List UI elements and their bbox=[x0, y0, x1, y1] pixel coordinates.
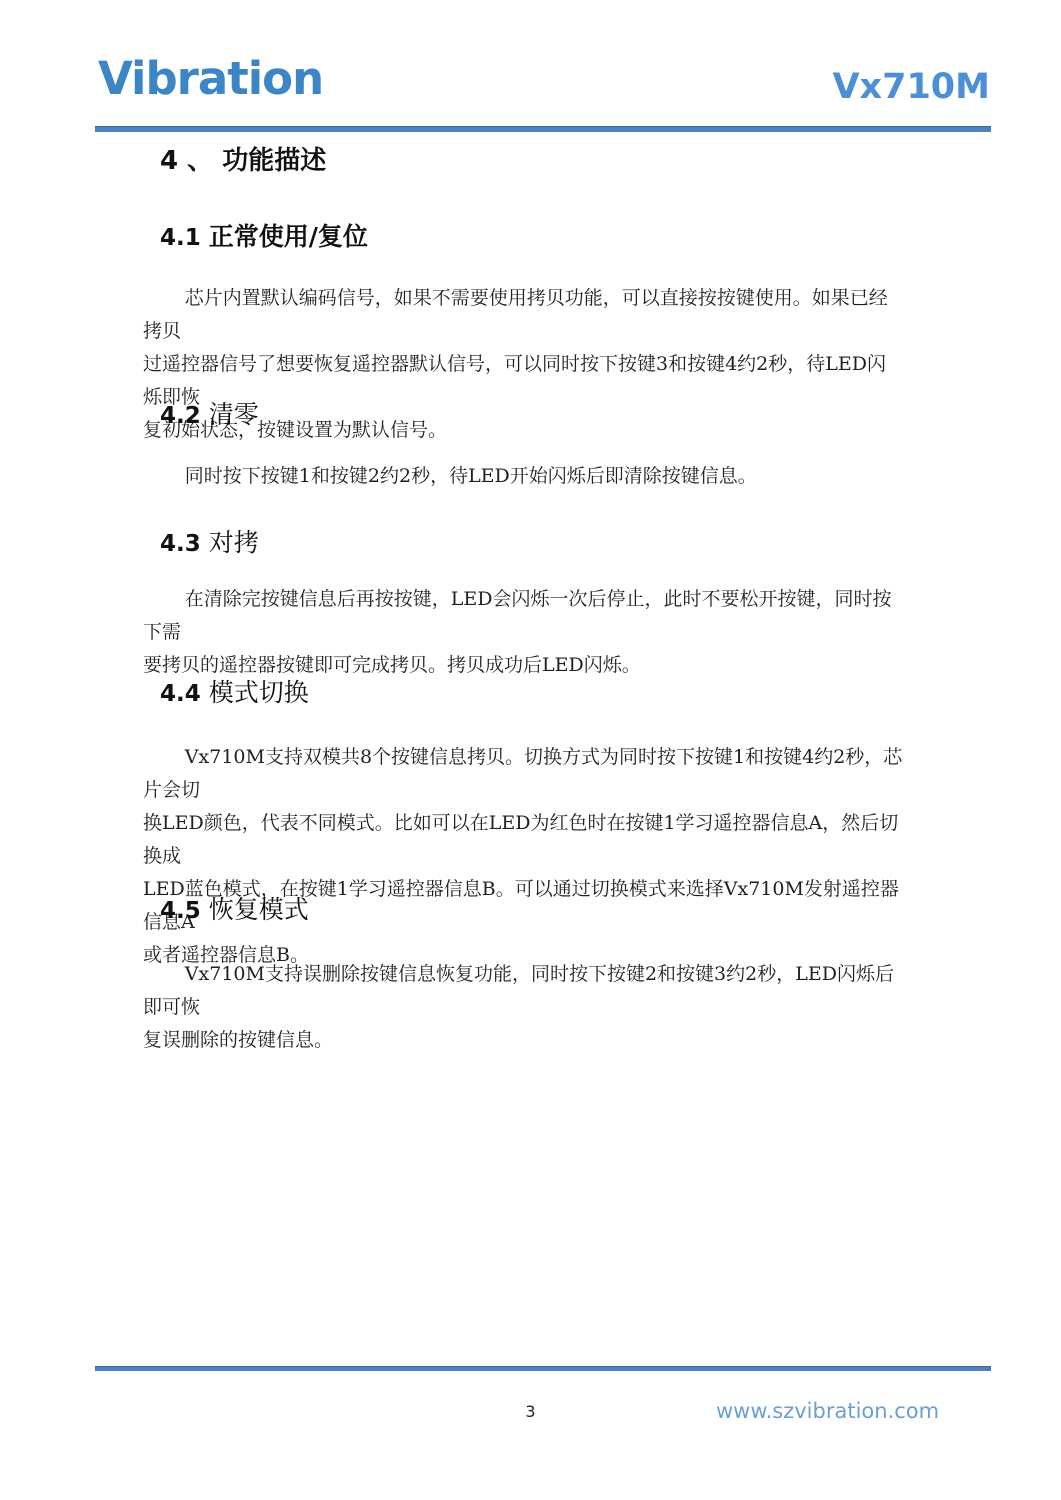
section-body-mode-switch: Vx710M支持双模共8个按键信息拷贝。切换方式为同时按下按键1和按键4约2秒，… bbox=[143, 741, 903, 972]
section-number: 4.3 bbox=[160, 531, 201, 557]
brand-logo: Vibration bbox=[98, 56, 323, 101]
website-link[interactable]: www.szvibration.com bbox=[716, 1399, 939, 1424]
section-number: 4.5 bbox=[160, 898, 201, 924]
section-title: 模式切换 bbox=[209, 678, 309, 707]
section-heading-clear: 4.2清零 bbox=[160, 400, 259, 431]
section-title: 对拷 bbox=[209, 528, 259, 557]
section-body-copy: 在清除完按键信息后再按按键，LED会闪烁一次后停止，此时不要松开按键，同时按下需… bbox=[143, 583, 903, 682]
product-title: Vx710M bbox=[832, 70, 990, 105]
section-number: 4.2 bbox=[160, 403, 201, 429]
section-number: 4.4 bbox=[160, 681, 201, 707]
section-body-clear: 同时按下按键1和按键2约2秒，待LED开始闪烁后即清除按键信息。 bbox=[143, 460, 903, 493]
section-number: 4.1 bbox=[160, 225, 201, 251]
section-title: 正常使用/复位 bbox=[209, 222, 368, 251]
section-title: 清零 bbox=[209, 400, 259, 429]
header-divider bbox=[95, 126, 991, 132]
section-heading-mode-switch: 4.4模式切换 bbox=[160, 678, 309, 709]
document-page: Vibration Vx710M 4 、 功能描述 4.1正常使用/复位 芯片内… bbox=[0, 0, 1061, 1500]
section-body-restore-mode: Vx710M支持误删除按键信息恢复功能，同时按下按键2和按键3约2秒，LED闪烁… bbox=[143, 958, 903, 1057]
footer-divider bbox=[95, 1366, 991, 1371]
chapter-title: 4 、 功能描述 bbox=[160, 146, 326, 177]
section-heading-restore-mode: 4.5恢复模式 bbox=[160, 895, 309, 926]
section-title: 恢复模式 bbox=[209, 895, 309, 924]
section-heading-copy: 4.3对拷 bbox=[160, 528, 259, 559]
section-heading-normal-use-reset: 4.1正常使用/复位 bbox=[160, 222, 368, 253]
